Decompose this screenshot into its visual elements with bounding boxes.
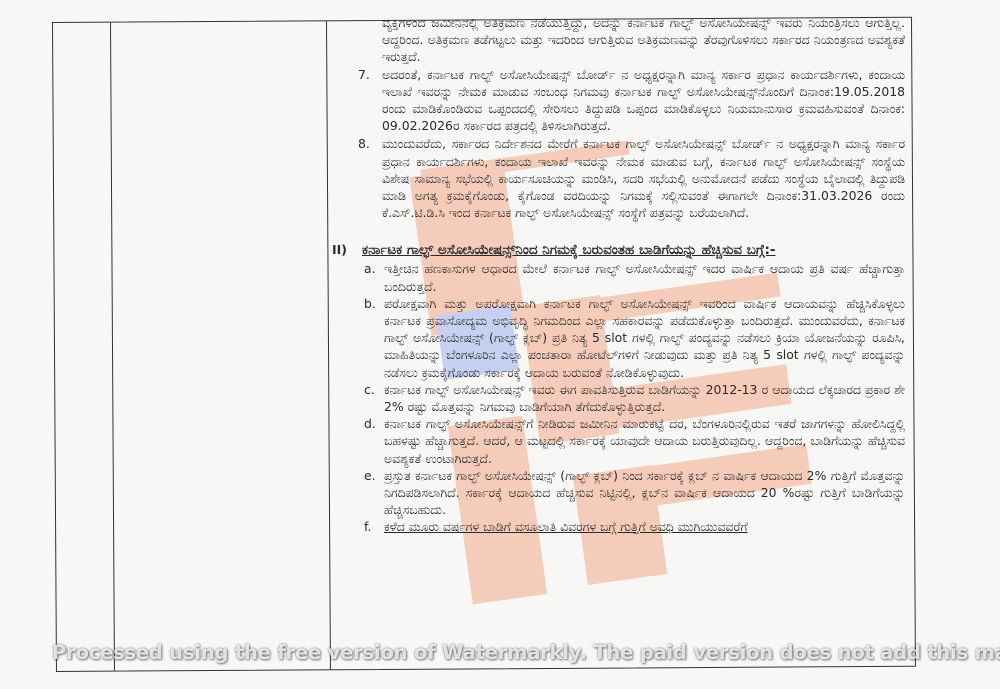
sub-item-e: e. ಪ್ರಸ್ತುತ ಕರ್ನಾಟಕ ಗಾಲ್ಫ್ ಅಸೋಸಿಯೇಷನ್ಸ್ … [330,467,905,519]
sub-item-text: ಪರೋಕ್ಷವಾಗಿ ಮತ್ತು ಅಪರೋಕ್ಷವಾಗಿ ಕರ್ನಾಟಕ ಗಾಲ… [384,295,905,381]
sub-item-text: ಕಳೆದ ಮೂರು ವರ್ಷಗಳ ಬಾಡಿಗೆ ವಸೂಲಾತಿ ವಿವರಗಳ ಬ… [384,518,905,535]
sub-item-f: f. ಕಳೆದ ಮೂರು ವರ್ಷಗಳ ಬಾಡಿಗೆ ವಸೂಲಾತಿ ವಿವರಗ… [330,518,905,535]
section-heading: II) ಕರ್ನಾಟಕ ಗಾಲ್ಫ್ ಅಸೋಸಿಯೇಷನ್ಸ್‌ನಿಂದ ನಿಗ… [330,241,905,260]
paragraph-continuation: ವ್ಯಕ್ತಿಗಳಿಂದ ಜಮೀನಿನಲ್ಲಿ ಅತಿಕ್ರಮಣ ನಡೆಯುತ್… [330,14,905,66]
sub-item-letter: b. [364,295,376,312]
item-text: ಅದರಂತೆ, ಕರ್ನಾಟಕ ಗಾಲ್ಫ್ ಅಸೋಸಿಯೇಷನ್ಸ್ ಬೋರ್… [382,66,905,135]
sub-item-letter: c. [364,381,375,398]
sub-item-letter: e. [364,467,376,484]
sub-item-c: c. ಕರ್ನಾಟಕ ಗಾಲ್ಫ್ ಅಸೋಸಿಯೇಷನ್ಸ್ ಇವರು ಈಗ ಪ… [330,381,905,415]
item-number: 7. [358,66,370,83]
item-text: ಮುಂದುವರೆದು, ಸರ್ಕಾರದ ನಿರ್ದೇಶನದ ಮೇರೆಗೆ ಕರ್… [382,135,905,221]
sub-item-letter: a. [364,260,376,277]
sub-item-text: ಕರ್ನಾಟಕ ಗಾಲ್ಫ್ ಅಸೋಸಿಯೇಷನ್ಸ್‌ಗೆ ನೀಡಿರುವ ಜ… [384,415,905,467]
sub-item-a: a. ಇತ್ತೀಚಿನ ಹಣಕಾಸುಗಳ ಆಧಾರದ ಮೇಲೆ ಕರ್ನಾಟಕ … [330,260,905,294]
sub-item-d: d. ಕರ್ನಾಟಕ ಗಾಲ್ಫ್ ಅಸೋಸಿಯೇಷನ್ಸ್‌ಗೆ ನೀಡಿರು… [330,415,905,467]
watermark-text: Processed using the free version of Wate… [52,641,952,664]
sub-item-text: ಪ್ರಸ್ತುತ ಕರ್ನಾಟಕ ಗಾಲ್ಫ್ ಅಸೋಸಿಯೇಷನ್ಸ್ (ಗಾ… [384,467,905,519]
sub-item-letter: f. [364,518,371,535]
item-number: 8. [358,135,370,152]
numbered-item-7: 7. ಅದರಂತೆ, ಕರ್ನಾಟಕ ಗಾಲ್ಫ್ ಅಸೋಸಿಯೇಷನ್ಸ್ ಬ… [330,66,905,135]
sub-item-letter: d. [364,415,376,432]
scanned-document-page: ವ್ಯಕ್ತಿಗಳಿಂದ ಜಮೀನಿನಲ್ಲಿ ಅತಿಕ್ರಮಣ ನಡೆಯುತ್… [0,0,1000,689]
document-body: ವ್ಯಕ್ತಿಗಳಿಂದ ಜಮೀನಿನಲ್ಲಿ ಅತಿಕ್ರಮಣ ನಡೆಯುತ್… [330,14,905,536]
sub-item-b: b. ಪರೋಕ್ಷವಾಗಿ ಮತ್ತು ಅಪರೋಕ್ಷವಾಗಿ ಕರ್ನಾಟಕ … [330,295,905,381]
sub-item-text: ಕರ್ನಾಟಕ ಗಾಲ್ಫ್ ಅಸೋಸಿಯೇಷನ್ಸ್ ಇವರು ಈಗ ಪಾವತ… [384,381,905,415]
section-number: II) [332,241,347,258]
sub-item-text: ಇತ್ತೀಚಿನ ಹಣಕಾಸುಗಳ ಆಧಾರದ ಮೇಲೆ ಕರ್ನಾಟಕ ಗಾಲ… [384,260,905,294]
numbered-item-8: 8. ಮುಂದುವರೆದು, ಸರ್ಕಾರದ ನಿರ್ದೇಶನದ ಮೇರೆಗೆ … [330,135,905,221]
section-title: ಕರ್ನಾಟಕ ಗಾಲ್ಫ್ ಅಸೋಸಿಯೇಷನ್ಸ್‌ನಿಂದ ನಿಗಮಕ್ಕ… [362,241,905,260]
